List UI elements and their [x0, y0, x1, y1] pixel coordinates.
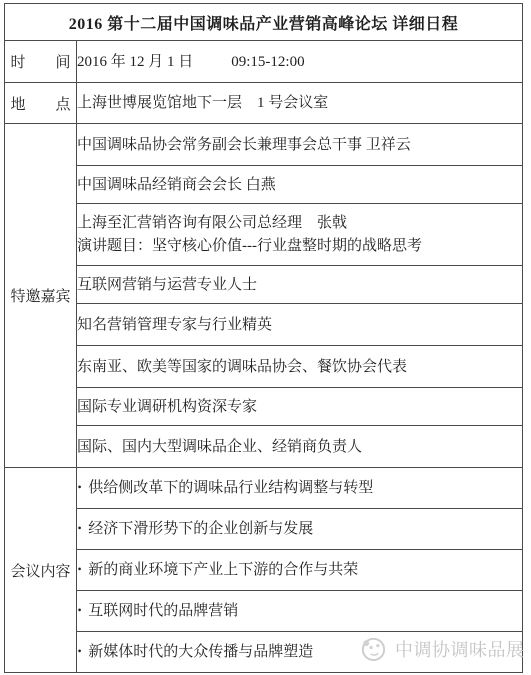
guest-row: 上海至汇营销咨询有限公司总经理 张戟 演讲题目：坚守核心价值---行业盘整时期的…: [77, 204, 523, 266]
time-label: 时 间: [5, 41, 77, 83]
content-row: •互联网时代的品牌营销: [77, 591, 523, 632]
event-date: 2016 年 12 月 1 日: [77, 54, 193, 70]
guest-row: 中国调味品经销商会会长 白燕: [77, 166, 523, 204]
content-item-text: 新的商业环境下产业上下游的合作与共荣: [88, 562, 358, 578]
content-row: •经济下滑形势下的企业创新与发展: [77, 509, 523, 550]
content-row: •新的商业环境下产业上下游的合作与共荣: [77, 550, 523, 591]
guest-row: 中国调味品协会常务副会长兼理事会总干事 卫祥云: [77, 124, 523, 166]
content-section-label: 会议内容: [5, 468, 77, 673]
event-time-range: 09:15-12:00: [231, 54, 304, 70]
guest-row: 东南亚、欧美等国家的调味品协会、餐饮协会代表: [77, 346, 523, 388]
guests-section-label: 特邀嘉宾: [5, 124, 77, 468]
bullet-icon: •: [78, 521, 82, 538]
guest-row: 国际、国内大型调味品企业、经销商负责人: [77, 426, 523, 468]
location-value: 上海世博展览馆地下一层 1 号会议室: [77, 83, 523, 124]
bullet-icon: •: [78, 480, 82, 497]
time-value: 2016 年 12 月 1 日09:15-12:00: [77, 41, 523, 83]
location-label: 地 点: [5, 83, 77, 124]
document-title: 2016 第十二届中国调味品产业营销高峰论坛 详细日程: [5, 4, 523, 41]
content-item-text: 互联网时代的品牌营销: [88, 603, 238, 619]
bullet-icon: •: [78, 562, 82, 579]
guest-row: 知名营销管理专家与行业精英: [77, 304, 523, 346]
guest-name-line: 上海至汇营销咨询有限公司总经理 张戟: [77, 212, 522, 235]
schedule-table: 2016 第十二届中国调味品产业营销高峰论坛 详细日程 时 间 2016 年 1…: [4, 3, 523, 673]
content-item-text: 供给侧改革下的调味品行业结构调整与转型: [88, 480, 373, 496]
content-row: •供给侧改革下的调味品行业结构调整与转型: [77, 468, 523, 509]
guest-speech-topic-line: 演讲题目：坚守核心价值---行业盘整时期的战略思考: [77, 235, 522, 258]
content-row: •新媒体时代的大众传播与品牌塑造: [77, 632, 523, 673]
guest-row: 互联网营销与运营专业人士: [77, 266, 523, 304]
content-item-text: 新媒体时代的大众传播与品牌塑造: [88, 644, 313, 660]
bullet-icon: •: [78, 603, 82, 620]
bullet-icon: •: [78, 644, 82, 661]
schedule-document-page: 2016 第十二届中国调味品产业营销高峰论坛 详细日程 时 间 2016 年 1…: [0, 0, 531, 675]
content-item-text: 经济下滑形势下的企业创新与发展: [88, 521, 313, 537]
guest-row: 国际专业调研机构资深专家: [77, 388, 523, 426]
